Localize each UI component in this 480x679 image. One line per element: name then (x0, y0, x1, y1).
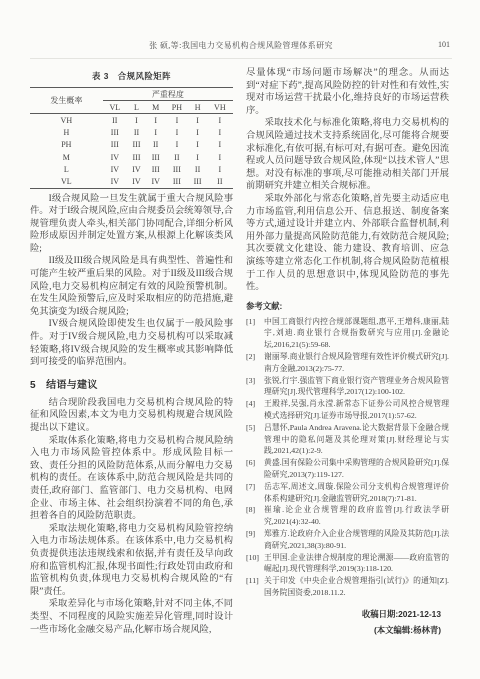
body-paragraph: IV级合规风险即使发生也仅属于一般风险事件。对于IV级合规风险,电力交易机构可以… (30, 318, 233, 368)
reference-item: [10] 王甲国.企业法律合规制度的理论溯源——政府监管的崛起[J].现代管理科… (246, 552, 449, 576)
reference-text: 王甲国.企业法律合规制度的理论溯源——政府监管的崛起[J].现代管理科学,201… (264, 553, 449, 574)
matrix-cell: I (165, 127, 188, 139)
reference-number: [8] (246, 504, 255, 516)
matrix-row-label: VH (30, 114, 103, 127)
matrix-cell: III (189, 175, 207, 188)
matrix-cell: I (165, 114, 188, 127)
reference-number: [7] (246, 481, 255, 493)
matrix-cell: IV (103, 151, 127, 163)
reference-text: 张锐,行宇.强监管下商业银行资产管理业务合规风险管理研究[J].现代管理科学,2… (264, 376, 449, 397)
table-row-header: 发生概率 (30, 88, 103, 114)
reference-text: 谢丽琴.商业银行合规风险管理有效性评价模式研究[J].南方金融,2013(2):… (264, 352, 449, 373)
reference-text: 崔瑜.论企业合规管理的政府监管[J].行政法学研究,2021(4):32-40. (264, 505, 449, 526)
reference-item: [6] 黄盛.国有保险公司集中采购管理的合规风险研究[J].保险研究,2013(… (246, 457, 449, 481)
body-paragraph: 采取差异化与市场化策略,针对不同主体,不同类型、不同程度的风险实施差异化管理,同… (30, 598, 233, 636)
body-paragraph: 采取技术化与标准化策略,将电力交易机构的合规风险通过技术支持系统固化,尽可能将合… (246, 117, 449, 193)
table-row: VL IV IV IV III III II (30, 175, 233, 188)
matrix-cell: I (207, 114, 233, 127)
matrix-cell: IV (146, 175, 165, 188)
matrix-cell: III (127, 151, 146, 163)
right-column: 尽量体现“市场问题市场解决”的理念。从而达到“对症下药”,提高风险防控的针对性和… (246, 67, 449, 636)
paper-page: 张 硕,等:我国电力交易机构合规风险管理体系研究 101 表 3 合规风险矩阵 … (0, 0, 480, 679)
matrix-cell: IV (103, 163, 127, 175)
col-header: H (189, 101, 207, 114)
body-paragraph: II级及III级合规风险是具有典型性、普遍性和可能产生较严重后果的风险。对于II… (30, 255, 233, 318)
references-heading: 参考文献: (246, 300, 449, 312)
matrix-cell: III (165, 163, 188, 175)
table-row: VH II I I I I I (30, 114, 233, 127)
matrix-cell: I (207, 163, 233, 175)
matrix-cell: II (165, 151, 188, 163)
left-column: 表 3 合规风险矩阵 发生概率 严重程度 VL L M PH H VH (30, 67, 233, 636)
col-header: VL (103, 101, 127, 114)
page-number: 101 (438, 40, 450, 49)
risk-matrix-table: 发生概率 严重程度 VL L M PH H VH VH II (30, 87, 233, 189)
matrix-cell: III (146, 151, 165, 163)
reference-text: 岳志军,周述文,周璇.保险公司分支机构合规管理评价体系构建研究[J].金融监管研… (264, 482, 449, 503)
matrix-cell: I (127, 114, 146, 127)
reference-number: [2] (246, 351, 255, 363)
body-paragraph: 采取体系化策略,将电力交易机构合规风险纳入电力市场风险管控体系中。形成风险目标一… (30, 435, 233, 523)
reference-number: [9] (246, 528, 255, 540)
col-header: PH (165, 101, 188, 114)
col-header: L (127, 101, 146, 114)
section-heading: 5 结语与建议 (30, 376, 233, 391)
matrix-cell: IV (127, 163, 146, 175)
reference-item: [4] 王殿祥,吴强,肖永滢.新常态下证券公司风控合规管理模式选择研究[J].证… (246, 398, 449, 422)
matrix-cell: I (189, 114, 207, 127)
table-caption: 表 3 合规风险矩阵 (30, 70, 233, 82)
running-header-title: 张 硕,等:我国电力交易机构合规风险管理体系研究 (149, 41, 333, 50)
matrix-row-label: M (30, 151, 103, 163)
matrix-cell: IV (127, 175, 146, 188)
reference-number: [10] (246, 552, 259, 564)
matrix-cell: I (165, 139, 188, 151)
reference-number: [4] (246, 398, 255, 410)
body-paragraph: I级合规风险一旦发生就属于重大合规风险事件。对于I级合规风险,应由合规委员会统筹… (30, 193, 233, 256)
reference-item: [3] 张锐,行宇.强监管下商业银行资产管理业务合规风险管理研究[J].现代管理… (246, 375, 449, 399)
table-col-group-header: 严重程度 (103, 88, 233, 101)
reference-number: [5] (246, 422, 255, 434)
reference-text: 王殿祥,吴强,肖永滢.新常态下证券公司风控合规管理模式选择研究[J].证券市场导… (264, 399, 449, 420)
matrix-row-label: VL (30, 175, 103, 188)
matrix-cell: I (189, 127, 207, 139)
table-row: M IV III III II I I (30, 151, 233, 163)
reference-text: 黄盛.国有保险公司集中采购管理的合规风险研究[J].保险研究,2013(7):1… (264, 458, 449, 479)
two-column-body: 表 3 合规风险矩阵 发生概率 严重程度 VL L M PH H VH (30, 67, 452, 636)
reference-item: [11] 关于印发《中央企业合规管理指引(试行)》的通知[Z].国务院国资委,2… (246, 575, 449, 599)
col-header: M (146, 101, 165, 114)
matrix-row-label: L (30, 163, 103, 175)
matrix-cell: II (189, 163, 207, 175)
matrix-cell: I (146, 127, 165, 139)
col-header: VH (207, 101, 233, 114)
table-row: H III II I I I I (30, 127, 233, 139)
table-row: L IV IV III III II I (30, 163, 233, 175)
matrix-cell: I (207, 151, 233, 163)
matrix-cell: IV (103, 175, 127, 188)
reference-text: 吕慧怀,Paula Andrea Aravena.论大数据背景下金融合规管理中的… (264, 423, 449, 456)
matrix-row-label: PH (30, 139, 103, 151)
reference-text: 郑雅方.论政府介入企业合规管理的风险及其防范[J].法商研究,2021,38(3… (264, 529, 449, 550)
matrix-cell: III (146, 163, 165, 175)
matrix-cell: I (146, 114, 165, 127)
reference-number: [1] (246, 316, 255, 328)
reference-item: [5] 吕慧怀,Paula Andrea Aravena.论大数据背景下金融合规… (246, 422, 449, 457)
matrix-cell: III (103, 127, 127, 139)
table-row: PH III III II I I I (30, 139, 233, 151)
matrix-cell: III (127, 139, 146, 151)
reference-text: 关于印发《中央企业合规管理指引(试行)》的通知[Z].国务院国资委,2018.1… (264, 576, 449, 597)
reference-item: [7] 岳志军,周述文,周璇.保险公司分支机构合规管理评价体系构建研究[J].金… (246, 481, 449, 505)
matrix-cell: III (103, 139, 127, 151)
reference-item: [8] 崔瑜.论企业合规管理的政府监管[J].行政法学研究,2021(4):32… (246, 504, 449, 528)
matrix-cell: II (146, 139, 165, 151)
body-paragraph: 结合现阶段我国电力交易机构合规风险的特征和风险因素,本文为电力交易机构规避合规风… (30, 397, 233, 435)
editor-note: (本文编辑:杨林青) (246, 624, 449, 636)
running-header: 张 硕,等:我国电力交易机构合规风险管理体系研究 101 (30, 40, 452, 59)
reference-number: [11] (246, 575, 259, 587)
matrix-cell: II (207, 175, 233, 188)
reference-item: [1] 中国工商银行内控合规部课题组,惠平,王增科,康丽,陆宇,刘迪.商业银行合… (246, 316, 449, 351)
body-paragraph: 尽量体现“市场问题市场解决”的理念。从而达到“对症下药”,提高风险防控的针对性和… (246, 67, 449, 117)
matrix-cell: II (103, 114, 127, 127)
matrix-cell: I (207, 139, 233, 151)
reference-text: 中国工商银行内控合规部课题组,惠平,王增科,康丽,陆宇,刘迪.商业银行合规指数研… (264, 317, 449, 350)
body-paragraph: 采取外部化与常态化策略,首先要主动适应电力市场监管,利用信息公开、信息报送、制度… (246, 193, 449, 294)
received-date: 收稿日期:2021-12-13 (246, 608, 449, 620)
matrix-cell: I (189, 139, 207, 151)
reference-item: [9] 郑雅方.论政府介入企业合规管理的风险及其防范[J].法商研究,2021,… (246, 528, 449, 552)
reference-item: [2] 谢丽琴.商业银行合规风险管理有效性评价模式研究[J].南方金融,2013… (246, 351, 449, 375)
matrix-cell: I (207, 127, 233, 139)
matrix-cell: I (189, 151, 207, 163)
body-paragraph: 采取法规化策略,将电力交易机构风险管控纳入电力市场法规体系。在该体系中,电力交易… (30, 523, 233, 599)
reference-number: [3] (246, 375, 255, 387)
matrix-cell: II (127, 127, 146, 139)
reference-number: [6] (246, 457, 255, 469)
matrix-row-label: H (30, 127, 103, 139)
matrix-cell: III (165, 175, 188, 188)
